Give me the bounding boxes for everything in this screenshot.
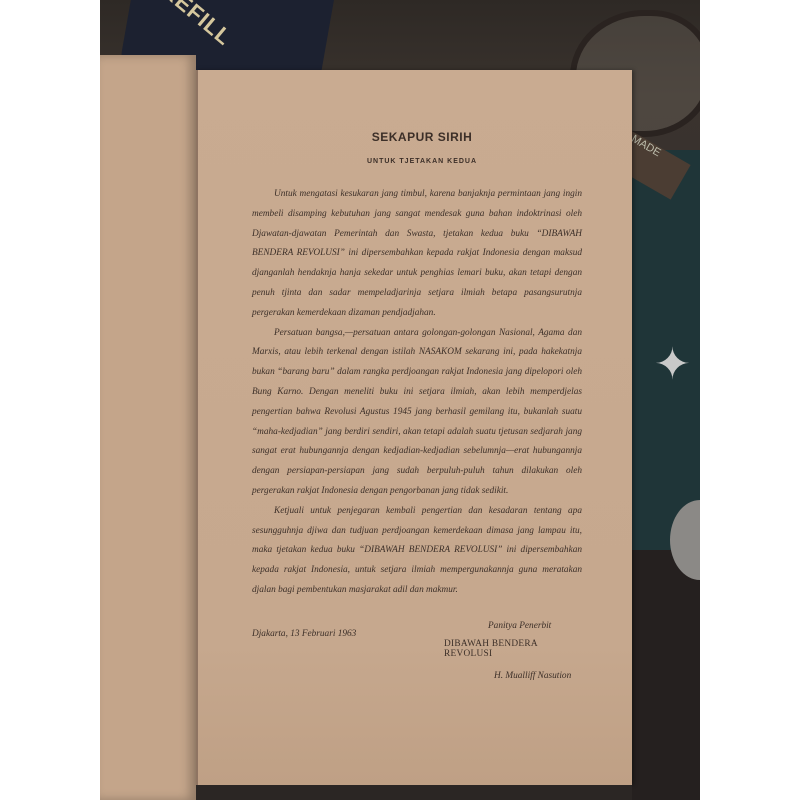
page-shadow: [196, 785, 632, 800]
page-body: Untuk mengatasi kesukaran jang timbul, k…: [252, 185, 582, 601]
page-subtitle: UNTUK TJETAKAN KEDUA: [262, 158, 582, 165]
dark-table-surface: [630, 550, 700, 800]
signatory-name: H. Mualliff Nasution: [494, 671, 571, 681]
refill-label: REFILL: [157, 0, 237, 51]
page-title: SEKAPUR SIRIH: [262, 130, 582, 144]
committee: Panitya Penerbit: [488, 621, 551, 631]
book-page: SEKAPUR SIRIH UNTUK TJETAKAN KEDUA Untuk…: [196, 70, 632, 785]
star-ornament-icon: ✦: [654, 345, 694, 385]
left-book-page: [100, 55, 196, 800]
page-content: SEKAPUR SIRIH UNTUK TJETAKAN KEDUA Untuk…: [252, 130, 582, 691]
paragraph: Untuk mengatasi kesukaran jang timbul, k…: [252, 185, 582, 324]
publisher: DIBAWAH BENDERA REVOLUSI: [444, 639, 582, 659]
paragraph: Persatuan bangsa,—persatuan antara golon…: [252, 324, 582, 502]
paragraph: Ketjuali untuk penjegaran kembali penger…: [252, 502, 582, 601]
signature-block: Djakarta, 13 Februari 1963 Panitya Pener…: [252, 611, 582, 691]
photo: ✦ MADE 12 KRETEK REFILL SEKAPUR SIRIH UN…: [100, 0, 700, 800]
place-date: Djakarta, 13 Februari 1963: [252, 629, 356, 639]
